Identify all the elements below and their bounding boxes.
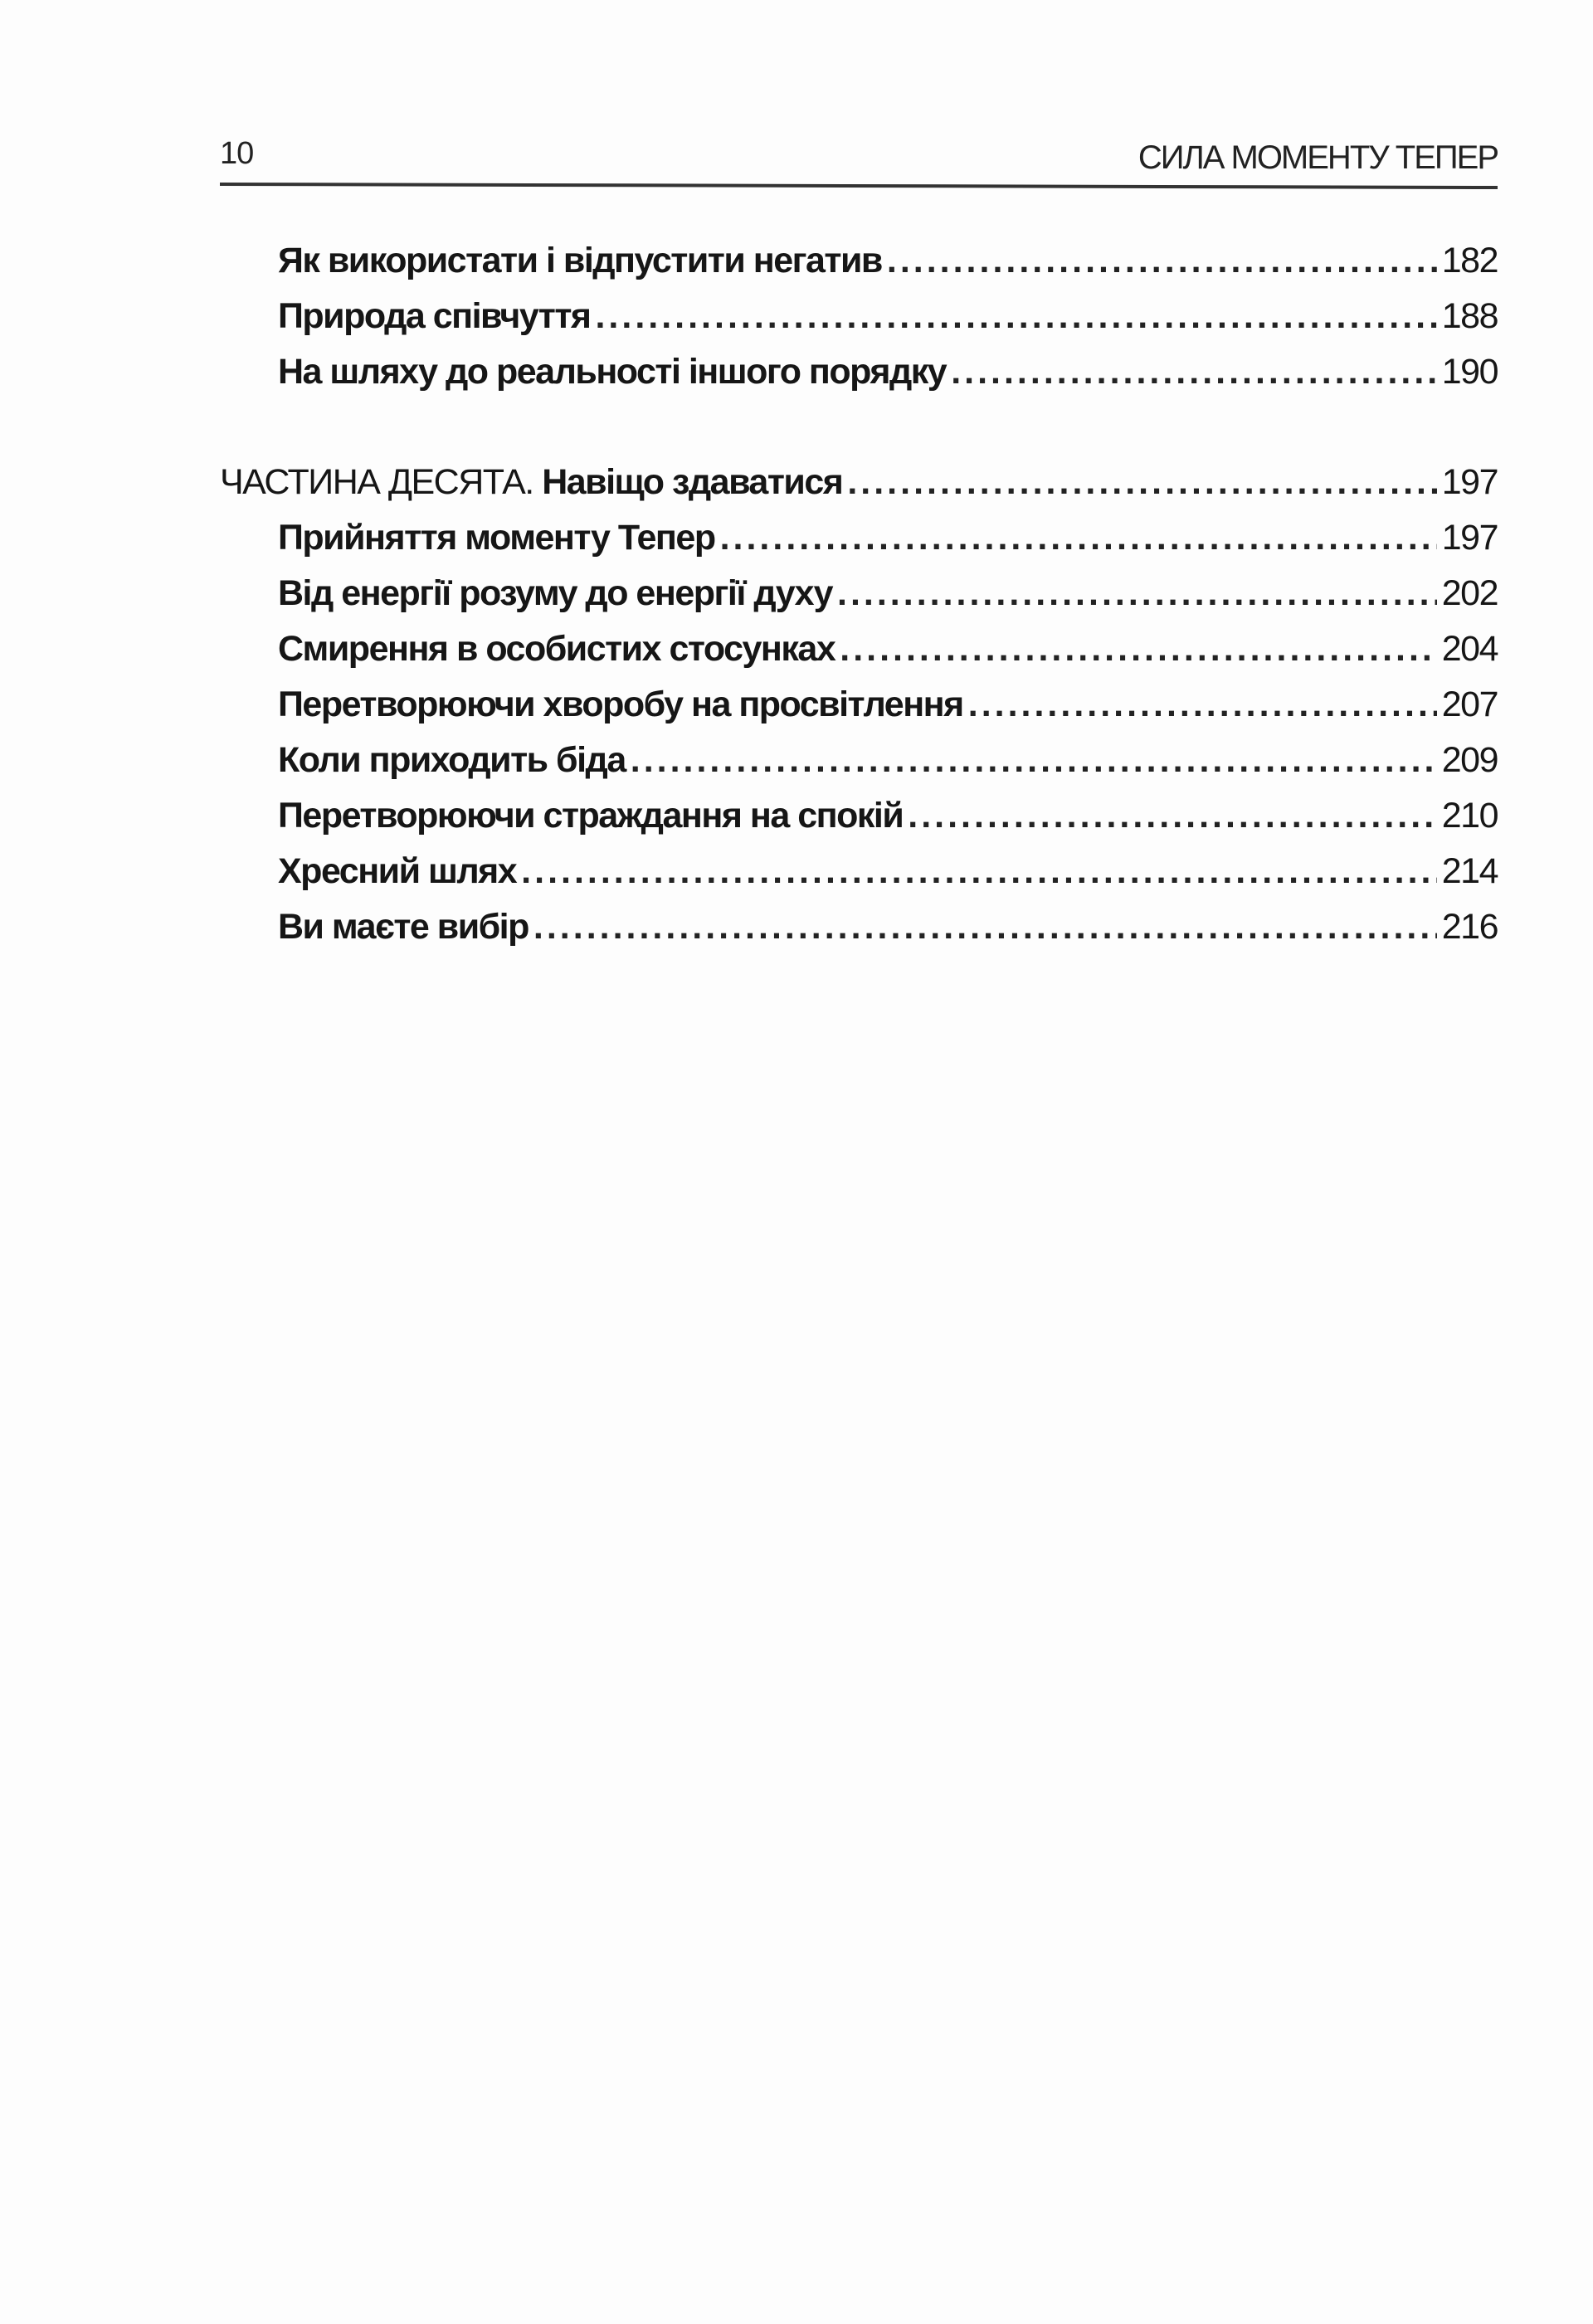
dot-leader (837, 573, 1437, 614)
toc-entry[interactable]: Прийняття моменту Тепер 197 (220, 518, 1498, 573)
toc-entry-title: Як використати і відпустити негатив (278, 241, 882, 281)
dot-leader (631, 740, 1437, 781)
toc-entry[interactable]: На шляху до реальності іншого порядку 19… (220, 352, 1498, 407)
chapter-name: Навіщо здаватися (542, 462, 842, 502)
dot-leader (720, 518, 1437, 558)
toc-chapter-page: 197 (1442, 462, 1498, 503)
toc-entry-title: На шляху до реальності іншого порядку (278, 352, 946, 392)
toc-entry-title: Від енергії розуму до енергії духу (278, 573, 832, 614)
toc-entry-title: Хресний шлях (278, 851, 516, 892)
toc-entry[interactable]: Від енергії розуму до енергії духу 202 (220, 573, 1498, 629)
toc-entry-page: 190 (1442, 352, 1498, 392)
dot-leader (595, 296, 1436, 337)
page-header: 10 СИЛА МОМЕНТУ ТЕПЕР (220, 133, 1498, 183)
toc-entry-page: 210 (1442, 796, 1498, 836)
toc-entry-title: Перетворюючи страждання на спокій (278, 796, 903, 836)
toc-entry[interactable]: Хресний шлях 214 (220, 851, 1498, 907)
toc-entry[interactable]: Перетворюючи страждання на спокій 210 (220, 796, 1498, 851)
chapter-label: ЧАСТИНА ДЕСЯТА. (220, 462, 533, 502)
dot-leader (968, 685, 1437, 725)
header-rule (220, 183, 1498, 189)
dot-leader (908, 796, 1436, 836)
toc-chapter-title: ЧАСТИНА ДЕСЯТА. Навіщо здаватися (220, 462, 842, 503)
toc-entry[interactable]: Перетворюючи хворобу на просвітлення 207 (220, 685, 1498, 740)
toc-entry-title: Перетворюючи хворобу на просвітлення (278, 685, 963, 725)
toc-entry-title: Прийняття моменту Тепер (278, 518, 715, 558)
dot-leader (840, 629, 1437, 670)
toc-entry-page: 207 (1442, 685, 1498, 725)
toc-entry-page: 214 (1442, 851, 1498, 892)
toc-entry[interactable]: Смирення в особистих стосунках 204 (220, 629, 1498, 685)
toc-entry-title: Коли приходить біда (278, 740, 626, 781)
page-number: 10 (220, 136, 253, 172)
toc-entry[interactable]: Природа співчуття 188 (220, 296, 1498, 352)
toc-entry-page: 202 (1442, 573, 1498, 614)
toc-entry-title: Природа співчуття (278, 296, 590, 337)
toc-entry-page: 182 (1442, 241, 1498, 281)
table-of-contents: Як використати і відпустити негатив 182 … (220, 241, 1498, 962)
toc-chapter-entry[interactable]: ЧАСТИНА ДЕСЯТА. Навіщо здаватися 197 (220, 462, 1498, 518)
toc-entry[interactable]: Коли приходить біда 209 (220, 740, 1498, 796)
toc-entry-page: 209 (1442, 740, 1498, 781)
toc-entry-page: 216 (1442, 907, 1498, 948)
dot-leader (951, 352, 1437, 392)
dot-leader (847, 462, 1436, 503)
toc-entry[interactable]: Ви маєте вибір 216 (220, 907, 1498, 962)
toc-entry-page: 204 (1442, 629, 1498, 670)
toc-entry-title: Ви маєте вибір (278, 907, 529, 948)
dot-leader (521, 851, 1437, 892)
dot-leader (533, 907, 1437, 948)
toc-entry-page: 197 (1442, 518, 1498, 558)
toc-entry-title: Смирення в особистих стосунках (278, 629, 835, 670)
toc-entry-page: 188 (1442, 296, 1498, 337)
running-title: СИЛА МОМЕНТУ ТЕПЕР (1138, 139, 1498, 177)
dot-leader (887, 241, 1437, 281)
toc-entry[interactable]: Як використати і відпустити негатив 182 (220, 241, 1498, 296)
